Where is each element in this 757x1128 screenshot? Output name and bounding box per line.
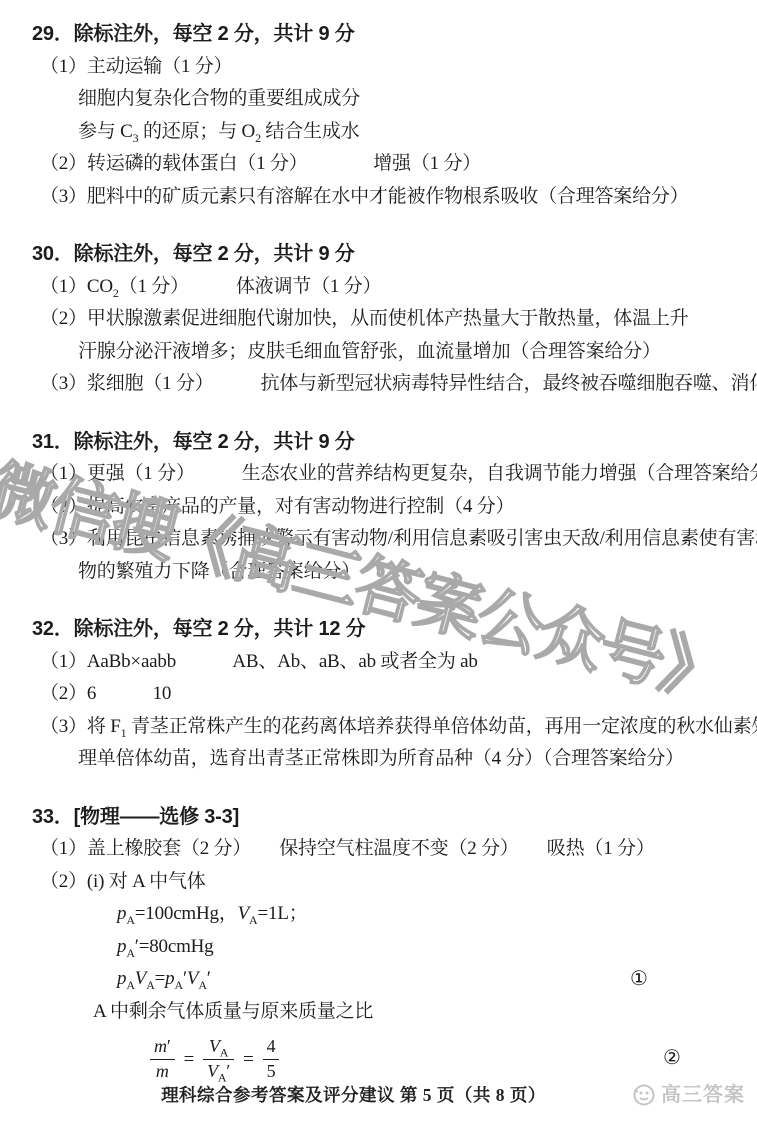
answer-line: （3）肥料中的矿质元素只有溶解在水中才能被作物根系吸收（合理答案给分） <box>40 181 751 214</box>
answer-line: （2）6 10 <box>40 678 751 711</box>
question-section-q33: 33．[物理——选修 3-3]（1）盖上橡胶套（2 分） 保持空气柱温度不变（2… <box>32 801 751 1089</box>
equals-sign: = <box>243 1050 254 1069</box>
footer-page-info: 理科综合参考答案及评分建议 第 5 页（共 8 页） <box>0 1082 707 1108</box>
circled-number-badge: ① <box>630 963 648 996</box>
answer-line: （1）CO2（1 分） 体液调节（1 分） <box>40 271 751 304</box>
fraction-equation-line: m′m=VAVA′=45② <box>150 1028 751 1088</box>
answer-line: （1）AaBb×aabb AB、Ab、aB、ab 或者全为 ab <box>40 646 751 679</box>
fraction: VAVA′ <box>203 1036 234 1082</box>
answer-line: （2）提高农畜产品的产量，对有害动物进行控制（4 分） <box>40 491 751 524</box>
answer-line: （1）主动运输（1 分） <box>40 51 751 84</box>
answer-line: 物的繁殖力下降（合理答案给分） <box>78 556 751 589</box>
answer-sheet-body: 29．除标注外，每空 2 分，共计 9 分（1）主动运输（1 分）细胞内复杂化合… <box>32 18 751 1113</box>
answer-line: 汗腺分泌汗液增多；皮肤毛细血管舒张，血流量增加（合理答案给分） <box>78 336 751 369</box>
section-header-line: 29．除标注外，每空 2 分，共计 9 分 <box>32 18 751 51</box>
answer-line: （3）浆细胞（1 分） 抗体与新型冠状病毒特异性结合，最终被吞噬细胞吞噬、消化 <box>40 368 751 401</box>
question-section-q30: 30．除标注外，每空 2 分，共计 9 分（1）CO2（1 分） 体液调节（1 … <box>32 238 751 401</box>
answer-line: （3）利用昆虫信息素诱捕或警示有害动物/利用信息素吸引害虫天敌/利用信息素使有害… <box>40 523 751 556</box>
answer-line: A 中剩余气体质量与原来质量之比 <box>93 996 751 1029</box>
question-section-q29: 29．除标注外，每空 2 分，共计 9 分（1）主动运输（1 分）细胞内复杂化合… <box>32 18 751 213</box>
equals-sign: = <box>184 1050 195 1069</box>
formula-line: pAVA=pA′VA′① <box>117 963 751 996</box>
answer-line: （2）甲状腺激素促进细胞代谢加快，从而使机体产热量大于散热量，体温上升 <box>40 303 751 336</box>
cartoon-face-icon <box>631 1082 657 1108</box>
answer-line: （2）转运磷的载体蛋白（1 分） 增强（1 分） <box>40 148 751 181</box>
section-header-line: 30．除标注外，每空 2 分，共计 9 分 <box>32 238 751 271</box>
answer-line: 细胞内复杂化合物的重要组成成分 <box>78 83 751 116</box>
brand-mark: 高三答案 <box>631 1082 745 1108</box>
section-header-line: 33．[物理——选修 3-3] <box>32 801 751 834</box>
formula-line: pA′=80cmHg <box>117 931 751 964</box>
section-header-line: 32．除标注外，每空 2 分，共计 12 分 <box>32 613 751 646</box>
answer-line: （1）盖上橡胶套（2 分） 保持空气柱温度不变（2 分） 吸热（1 分） <box>40 833 751 866</box>
answer-line: （3）将 F1 青茎正常株产生的花药离体培养获得单倍体幼苗，再用一定浓度的秋水仙… <box>40 711 751 744</box>
question-section-q31: 31．除标注外，每空 2 分，共计 9 分（1）更强（1 分） 生态农业的营养结… <box>32 426 751 589</box>
formula-line: pA=100cmHg，VA=1L； <box>117 898 751 931</box>
answer-line: 理单倍体幼苗，选育出青茎正常株即为所育品种（4 分）（合理答案给分） <box>78 743 751 776</box>
circled-number-badge: ② <box>663 1048 681 1068</box>
answer-line: （1）更强（1 分） 生态农业的营养结构更复杂，自我调节能力增强（合理答案给分） <box>40 458 751 491</box>
answer-line: 参与 C3 的还原；与 O2 结合生成水 <box>78 116 751 149</box>
section-header-line: 31．除标注外，每空 2 分，共计 9 分 <box>32 426 751 459</box>
answer-line: （2）(i) 对 A 中气体 <box>40 866 751 899</box>
fraction: m′m <box>150 1036 175 1082</box>
question-section-q32: 32．除标注外，每空 2 分，共计 12 分（1）AaBb×aabb AB、Ab… <box>32 613 751 776</box>
fraction: 45 <box>263 1036 280 1082</box>
brand-label: 高三答案 <box>661 1082 745 1108</box>
